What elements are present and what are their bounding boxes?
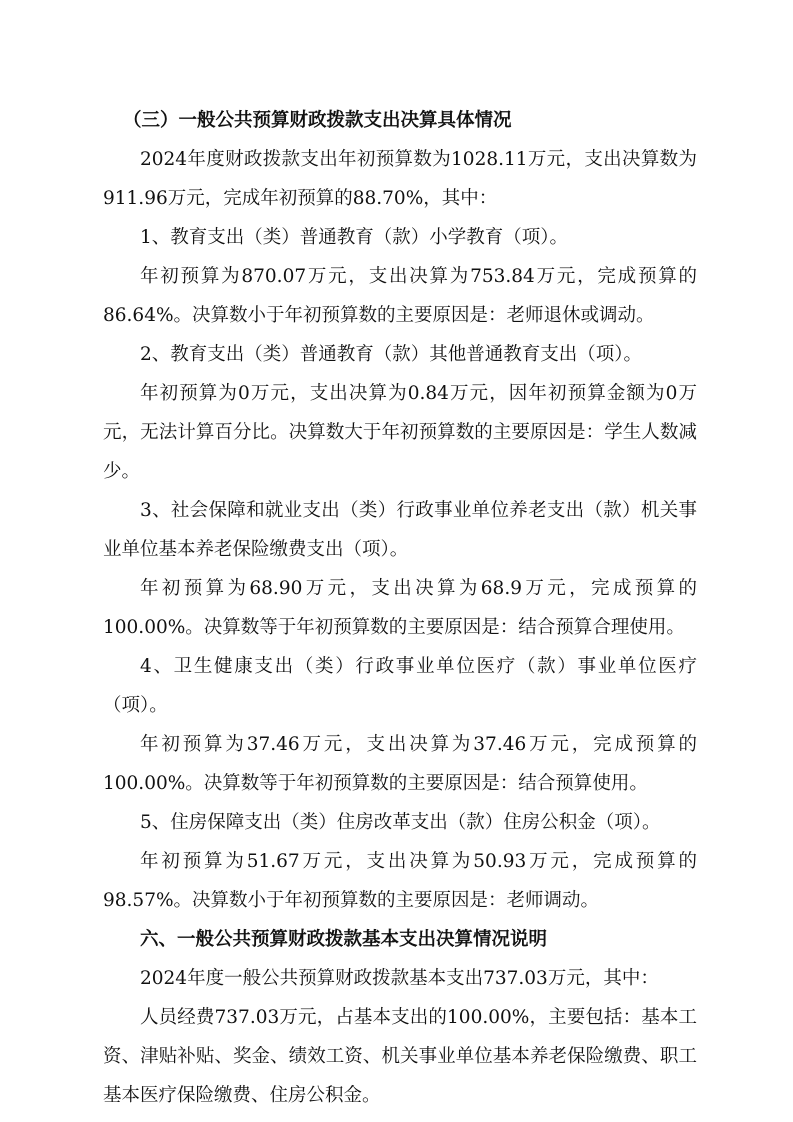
item-body-5: 年初预算为51.67万元，支出决算为50.93万元，完成预算的98.57%。决算… [103, 842, 697, 920]
item-body-4: 年初预算为37.46万元，支出决算为37.46万元，完成预算的100.00%。决… [103, 725, 697, 803]
item-title-1: 1、教育支出（类）普通教育（款）小学教育（项）。 [103, 218, 697, 257]
document-page: （三）一般公共预算财政拨款支出决算具体情况 2024年度财政拨款支出年初预算数为… [103, 101, 697, 1115]
section-heading-6: 六、一般公共预算财政拨款基本支出决算情况说明 [103, 920, 697, 959]
item-body-3: 年初预算为68.90万元，支出决算为68.9万元，完成预算的100.00%。决算… [103, 569, 697, 647]
item-body-1: 年初预算为870.07万元，支出决算为753.84万元，完成预算的86.64%。… [103, 257, 697, 335]
section6-intro: 2024年度一般公共预算财政拨款基本支出737.03万元，其中： [103, 959, 697, 998]
item-body-2: 年初预算为0万元，支出决算为0.84万元，因年初预算金额为0万元，无法计算百分比… [103, 374, 697, 491]
item-title-3: 3、社会保障和就业支出（类）行政事业单位养老支出（款）机关事业单位基本养老保险缴… [103, 491, 697, 569]
section-heading-3: （三）一般公共预算财政拨款支出决算具体情况 [103, 101, 697, 140]
section6-personnel: 人员经费737.03万元，占基本支出的100.00%，主要包括：基本工资、津贴补… [103, 998, 697, 1115]
item-title-4: 4、卫生健康支出（类）行政事业单位医疗（款）事业单位医疗（项）。 [103, 647, 697, 725]
section-intro: 2024年度财政拨款支出年初预算数为1028.11万元，支出决算数为911.96… [103, 140, 697, 218]
item-title-5: 5、住房保障支出（类）住房改革支出（款）住房公积金（项）。 [103, 803, 697, 842]
item-title-2: 2、教育支出（类）普通教育（款）其他普通教育支出（项）。 [103, 335, 697, 374]
